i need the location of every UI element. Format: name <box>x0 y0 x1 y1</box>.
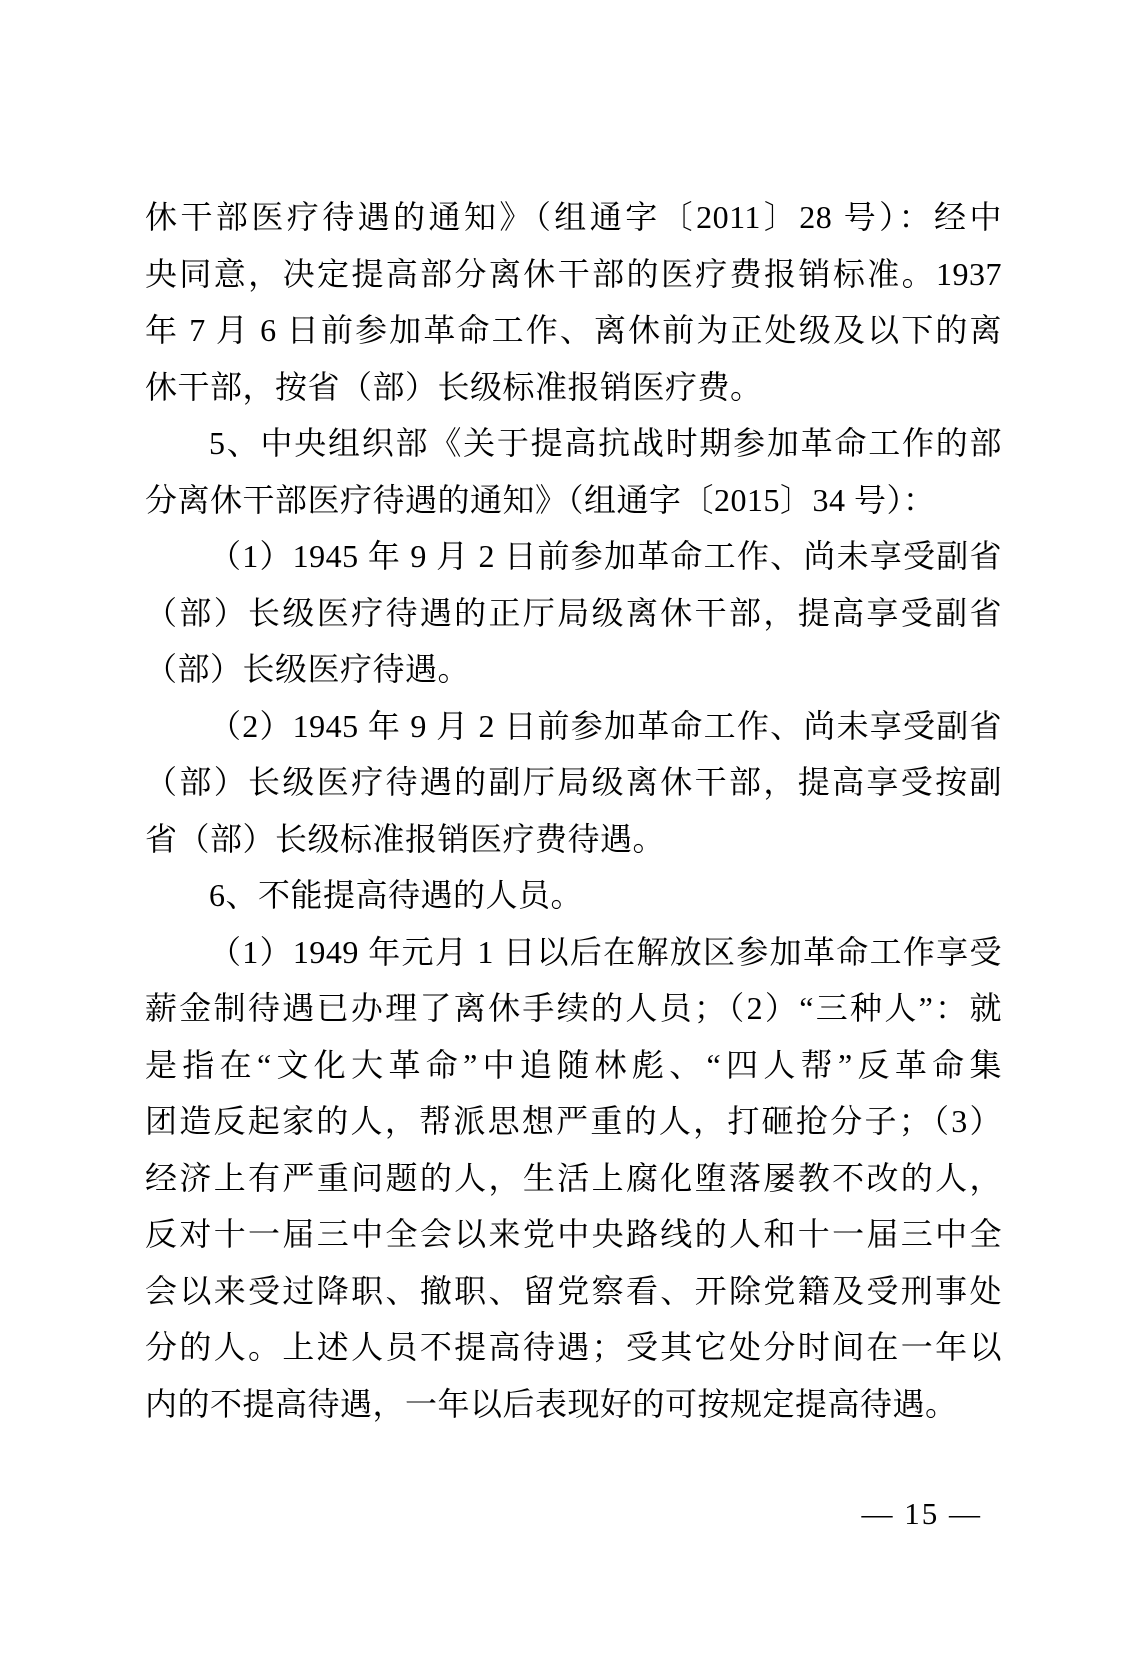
text-line: 5、中央组织部《关于提高抗战时期参加革命工作的部 <box>145 415 1002 472</box>
document-page: 休干部医疗待遇的通知》（组通字〔2011〕28 号）：经中央同意，决定提高部分离… <box>0 0 1142 1654</box>
text-line: （部）长级医疗待遇。 <box>145 641 1002 698</box>
text-line: （部）长级医疗待遇的副厅局级离休干部，提高享受按副 <box>145 754 1002 811</box>
page-footer: — 15 — <box>145 1494 1002 1534</box>
text-line: 休干部医疗待遇的通知》（组通字〔2011〕28 号）：经中 <box>145 189 1002 246</box>
document-body: 休干部医疗待遇的通知》（组通字〔2011〕28 号）：经中央同意，决定提高部分离… <box>145 189 1002 1432</box>
text-line: 反对十一届三中全会以来党中央路线的人和十一届三中全 <box>145 1206 1002 1263</box>
text-line: 是指在“文化大革命”中追随林彪、“四人帮”反革命集 <box>145 1037 1002 1094</box>
text-line: 省（部）长级标准报销医疗费待遇。 <box>145 811 1002 868</box>
text-line: 6、不能提高待遇的人员。 <box>145 867 1002 924</box>
text-line: 经济上有严重问题的人，生活上腐化堕落屡教不改的人， <box>145 1150 1002 1207</box>
text-line: （部）长级医疗待遇的正厅局级离休干部，提高享受副省 <box>145 585 1002 642</box>
text-line: 薪金制待遇已办理了离休手续的人员；（2）“三种人”：就 <box>145 980 1002 1037</box>
text-line: 内的不提高待遇，一年以后表现好的可按规定提高待遇。 <box>145 1376 1002 1433</box>
text-line: （2）1945 年 9 月 2 日前参加革命工作、尚未享受副省 <box>145 698 1002 755</box>
text-line: 央同意，决定提高部分离休干部的医疗费报销标准。1937 <box>145 246 1002 303</box>
text-line: 分的人。上述人员不提高待遇；受其它处分时间在一年以 <box>145 1319 1002 1376</box>
text-line: 休干部，按省（部）长级标准报销医疗费。 <box>145 359 1002 416</box>
text-line: （1）1949 年元月 1 日以后在解放区参加革命工作享受 <box>145 924 1002 981</box>
text-line: 团造反起家的人，帮派思想严重的人，打砸抢分子；（3） <box>145 1093 1002 1150</box>
text-line: 会以来受过降职、撤职、留党察看、开除党籍及受刑事处 <box>145 1263 1002 1320</box>
text-line: 年 7 月 6 日前参加革命工作、离休前为正处级及以下的离 <box>145 302 1002 359</box>
text-line: 分离休干部医疗待遇的通知》（组通字〔2015〕34 号）： <box>145 472 1002 529</box>
text-line: （1）1945 年 9 月 2 日前参加革命工作、尚未享受副省 <box>145 528 1002 585</box>
page-number: — 15 — <box>862 1494 1003 1534</box>
